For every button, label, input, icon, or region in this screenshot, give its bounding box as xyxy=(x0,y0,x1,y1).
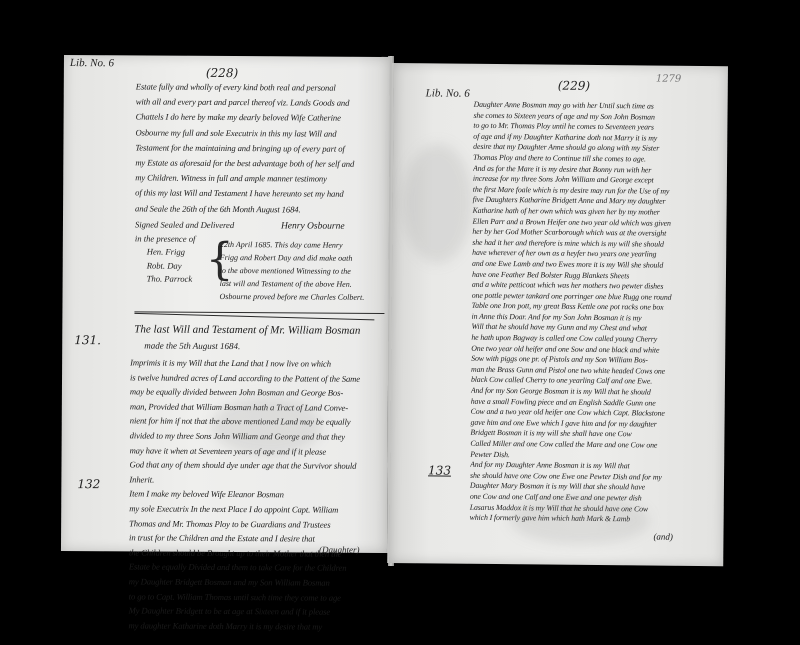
testator-signature: Henry Osbourne xyxy=(281,221,345,231)
page-number: (229) xyxy=(558,79,590,93)
entry-number: 131. xyxy=(74,333,101,347)
text-line: is twelve hundred acres of Land accordin… xyxy=(130,370,382,386)
lib-reference: Lib. No. 6 xyxy=(70,57,114,69)
text-line: Inherit. xyxy=(129,472,381,488)
will-2-heading: The last Will and Testament of Mr. Willi… xyxy=(134,323,360,336)
signed-label: Signed Sealed and Delivered xyxy=(135,218,265,232)
text-line: God that any of them should dye under ag… xyxy=(129,458,381,474)
entry-number: 133 xyxy=(428,463,451,477)
will-1-text: Estate fully and wholly of every kind bo… xyxy=(135,79,386,217)
text-line: and Seale the 26th of the 6th Month Augu… xyxy=(135,201,385,218)
lib-reference: Lib. No. 6 xyxy=(426,87,470,99)
probate-line: to the above mentioned Witnessing to the xyxy=(220,264,380,278)
probate-line: Osbourne proved before me Charles Colber… xyxy=(219,290,379,304)
text-line: my Estate as aforesaid for the best adva… xyxy=(135,155,385,172)
right-page-text: Daughter Anne Bosman may go with her Unt… xyxy=(470,100,720,526)
text-line: Osbourne my full and sole Executrix in t… xyxy=(135,125,385,142)
text-line: Testament for the maintaining and bringi… xyxy=(135,140,385,157)
text-line: of this my last Will and Testament I hav… xyxy=(135,186,385,203)
text-line: my daughter Katharine doth Marry it is m… xyxy=(128,618,380,634)
divider-rule xyxy=(134,313,374,320)
text-line: to go to Capt. William Thomas until such… xyxy=(129,589,381,605)
paper-smudge xyxy=(402,143,473,264)
text-line: my Children. Witness in full and ample m… xyxy=(135,171,385,188)
text-line: Estate fully and wholly of every kind bo… xyxy=(136,79,386,96)
text-line: Imprimis it is my Will that the Land tha… xyxy=(130,355,382,371)
text-line: Chattels I do here by make my dearly bel… xyxy=(136,110,386,127)
page-number: (228) xyxy=(206,66,238,80)
text-line: Thomas and Mr. Thomas Ploy to be Guardia… xyxy=(129,516,381,532)
right-page: Lib. No. 6 (229) 1279 Daughter Anne Bosm… xyxy=(387,63,728,566)
will-2-date: made the 5th August 1684. xyxy=(144,340,240,351)
folio-number: 1279 xyxy=(656,74,682,85)
catchword: (Daughter) xyxy=(319,545,360,555)
paper-smudge xyxy=(509,494,649,545)
text-line: with all and every part and parcel there… xyxy=(136,95,386,112)
catchword: (and) xyxy=(653,532,673,542)
probate-line: last will and Testament of the above Hen… xyxy=(220,277,380,291)
text-line: My Daughter Bridgett to be at age at Six… xyxy=(129,603,381,619)
text-line: my sole Executrix In the next Place I do… xyxy=(129,501,381,517)
left-page: Lib. No. 6 (228) Estate fully and wholly… xyxy=(61,55,392,553)
text-line: Estate be equally Divided and them to ta… xyxy=(129,560,381,576)
probate-note: 22th April 1685. This day came Henry Fri… xyxy=(219,238,379,304)
paper-smudge xyxy=(212,396,322,457)
entry-number: 132 xyxy=(77,477,100,491)
text-line: Item I make my beloved Wife Eleanor Bosm… xyxy=(129,487,381,503)
probate-line: Frigg and Robert Day and did make oath xyxy=(220,251,380,265)
probate-line: 22th April 1685. This day came Henry xyxy=(220,238,380,252)
text-line: my Daughter Bridgett Bosman and my Son W… xyxy=(129,574,381,590)
